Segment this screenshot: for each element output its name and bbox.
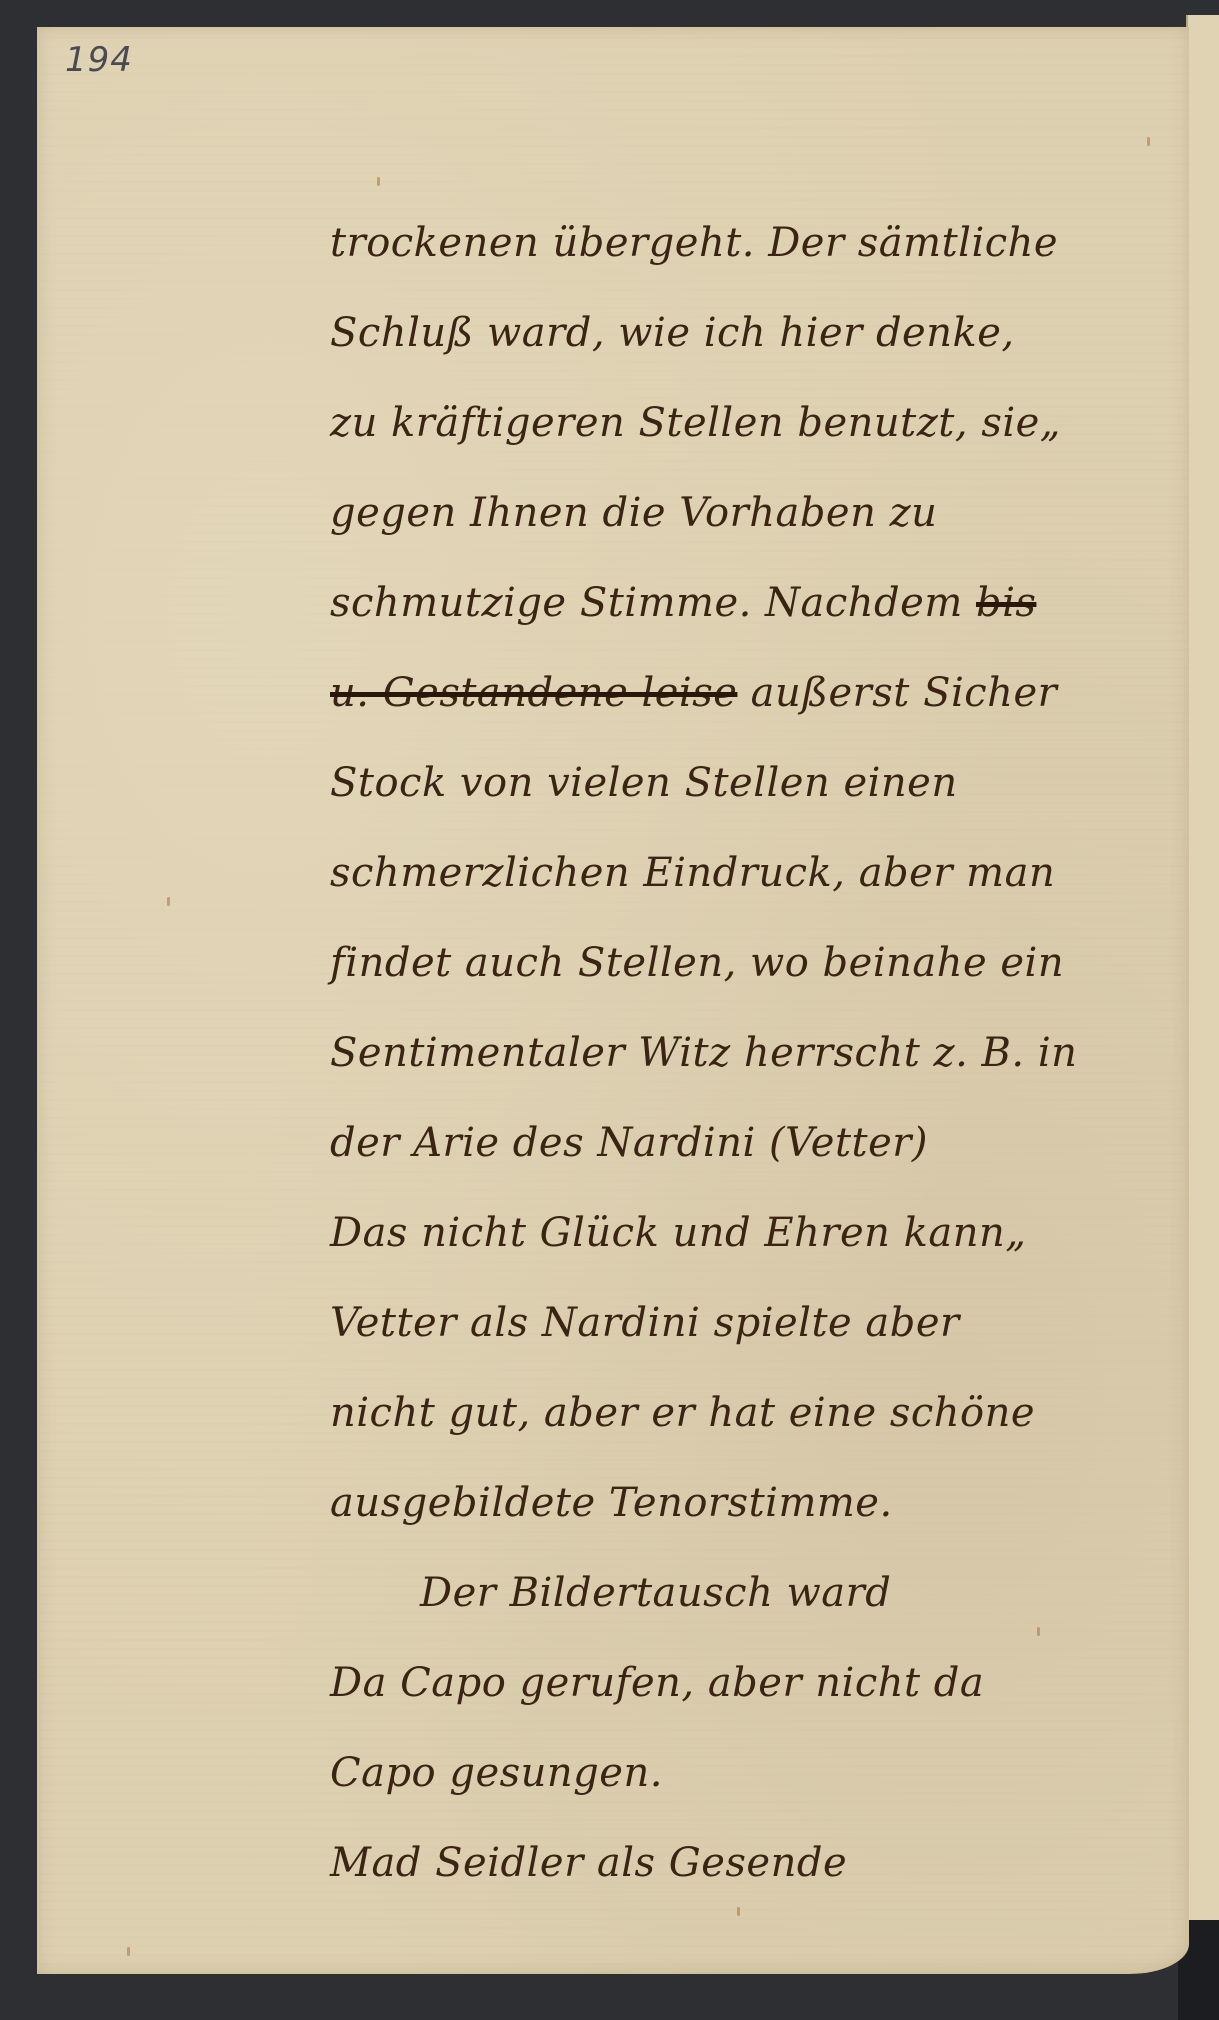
text-line: Das nicht Glück und Ehren kann„ (330, 1210, 1026, 1256)
folio-number: 194 (65, 40, 133, 80)
struck-through-word: bis (976, 580, 1036, 626)
paper-speck (1037, 1627, 1040, 1636)
text-line: der Arie des Nardini (Vetter) (330, 1120, 928, 1166)
text-line: trockenen übergeht. Der sämtliche (330, 220, 1058, 266)
text-line-with-deletion: schmutzige Stimme. Nachdem bis (330, 580, 1036, 626)
text-line: Sentimentaler Witz herrscht z. B. in (330, 1030, 1077, 1076)
text-line: Mad Seidler als Gesende (330, 1840, 847, 1886)
manuscript-scan: 194 trockenen übergeht. Der sämtliche Sc… (0, 0, 1219, 2020)
paper-speck (1147, 137, 1150, 146)
text-line: Schluß ward, wie ich hier denke, (330, 310, 1015, 356)
text-line-with-deletion: u. Gestandene leise außerst Sicher (330, 670, 1057, 716)
paper-speck (377, 177, 380, 186)
text-line: Capo gesungen. (330, 1750, 663, 1796)
next-page-edge (1186, 15, 1219, 1925)
text-line: Vetter als Nardini spielte aber (330, 1300, 960, 1346)
text-line: ausgebildete Tenorstimme. (330, 1480, 893, 1526)
text-line-indented: Der Bildertausch ward (420, 1570, 891, 1616)
text-line: zu kräftigeren Stellen benutzt, sie„ (330, 400, 1061, 446)
text-line: findet auch Stellen, wo beinahe ein (330, 940, 1064, 986)
text-line: Stock von vielen Stellen einen (330, 760, 958, 806)
text-line: schmerzlichen Eindruck, aber man (330, 850, 1055, 896)
line-text: außerst Sicher (751, 670, 1058, 716)
struck-through-phrase: u. Gestandene leise (330, 670, 737, 716)
paper-speck (127, 1947, 130, 1956)
text-line: Da Capo gerufen, aber nicht da (330, 1660, 984, 1706)
line-text: schmutzige Stimme. Nachdem (330, 580, 963, 626)
text-line: gegen Ihnen die Vorhaben zu (330, 490, 937, 536)
paper-speck (167, 897, 170, 906)
text-line: nicht gut, aber er hat eine schöne (330, 1390, 1035, 1436)
paper-speck (737, 1907, 740, 1916)
